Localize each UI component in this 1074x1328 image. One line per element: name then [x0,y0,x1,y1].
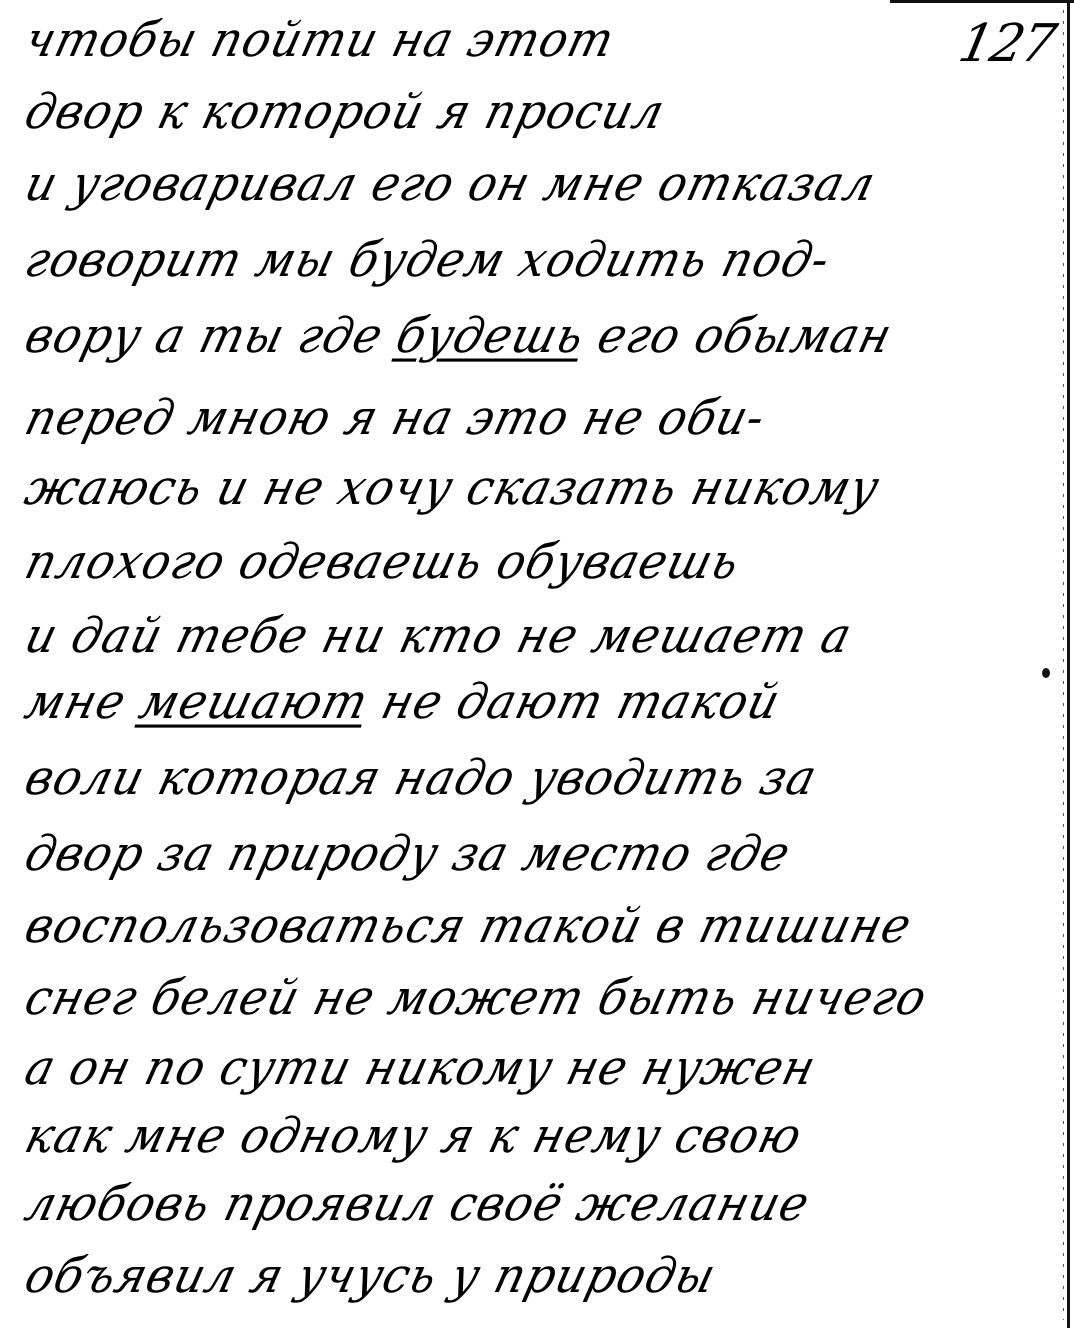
text-line: плохого одеваешь обуваешь [18,527,747,596]
text-line: перед мною я на это не оби- [18,383,773,452]
text-line: любовь проявил своё желание [18,1169,817,1238]
scan-noise-line [1063,10,1064,1320]
text-line: воспользоваться такой в тишине [18,891,919,960]
text-line: и дай тебе ни кто не мешает а [18,601,859,670]
text-line: говорит мы будем ходить под- [18,225,838,294]
text-line: двор к которой я просил [18,77,672,146]
text-line: воли которая надо уводить за [18,743,825,812]
page-edge-top [890,0,1074,3]
page-edge-right [1067,0,1070,1328]
text-line: объявил я учусь у природы [18,1241,724,1310]
underlined-word: будешь [391,307,591,364]
text-line: мне мешают не дают такой [18,667,788,736]
manuscript-page: 127 чтобы пойти на этот двор к которой я… [0,0,1074,1328]
text-line: двор за природу за место где [18,819,798,888]
text-line: а он по сути никому не нужен [18,1033,824,1102]
ink-blot [1042,668,1050,678]
text-line: как мне одному я к нему свою [18,1101,810,1170]
page-number: 127 [954,14,1060,74]
text-line: вору а ты где будешь его обыман [18,301,900,370]
text-line: чтобы пойти на этот [18,5,622,74]
text-line: жаюсь и не хочу сказать никому [18,453,887,522]
text-line: и уговаривал его он мне отказал [18,149,883,218]
text-line: снег белей не может быть ничего [18,963,935,1032]
underlined-word: мешают [134,673,375,730]
